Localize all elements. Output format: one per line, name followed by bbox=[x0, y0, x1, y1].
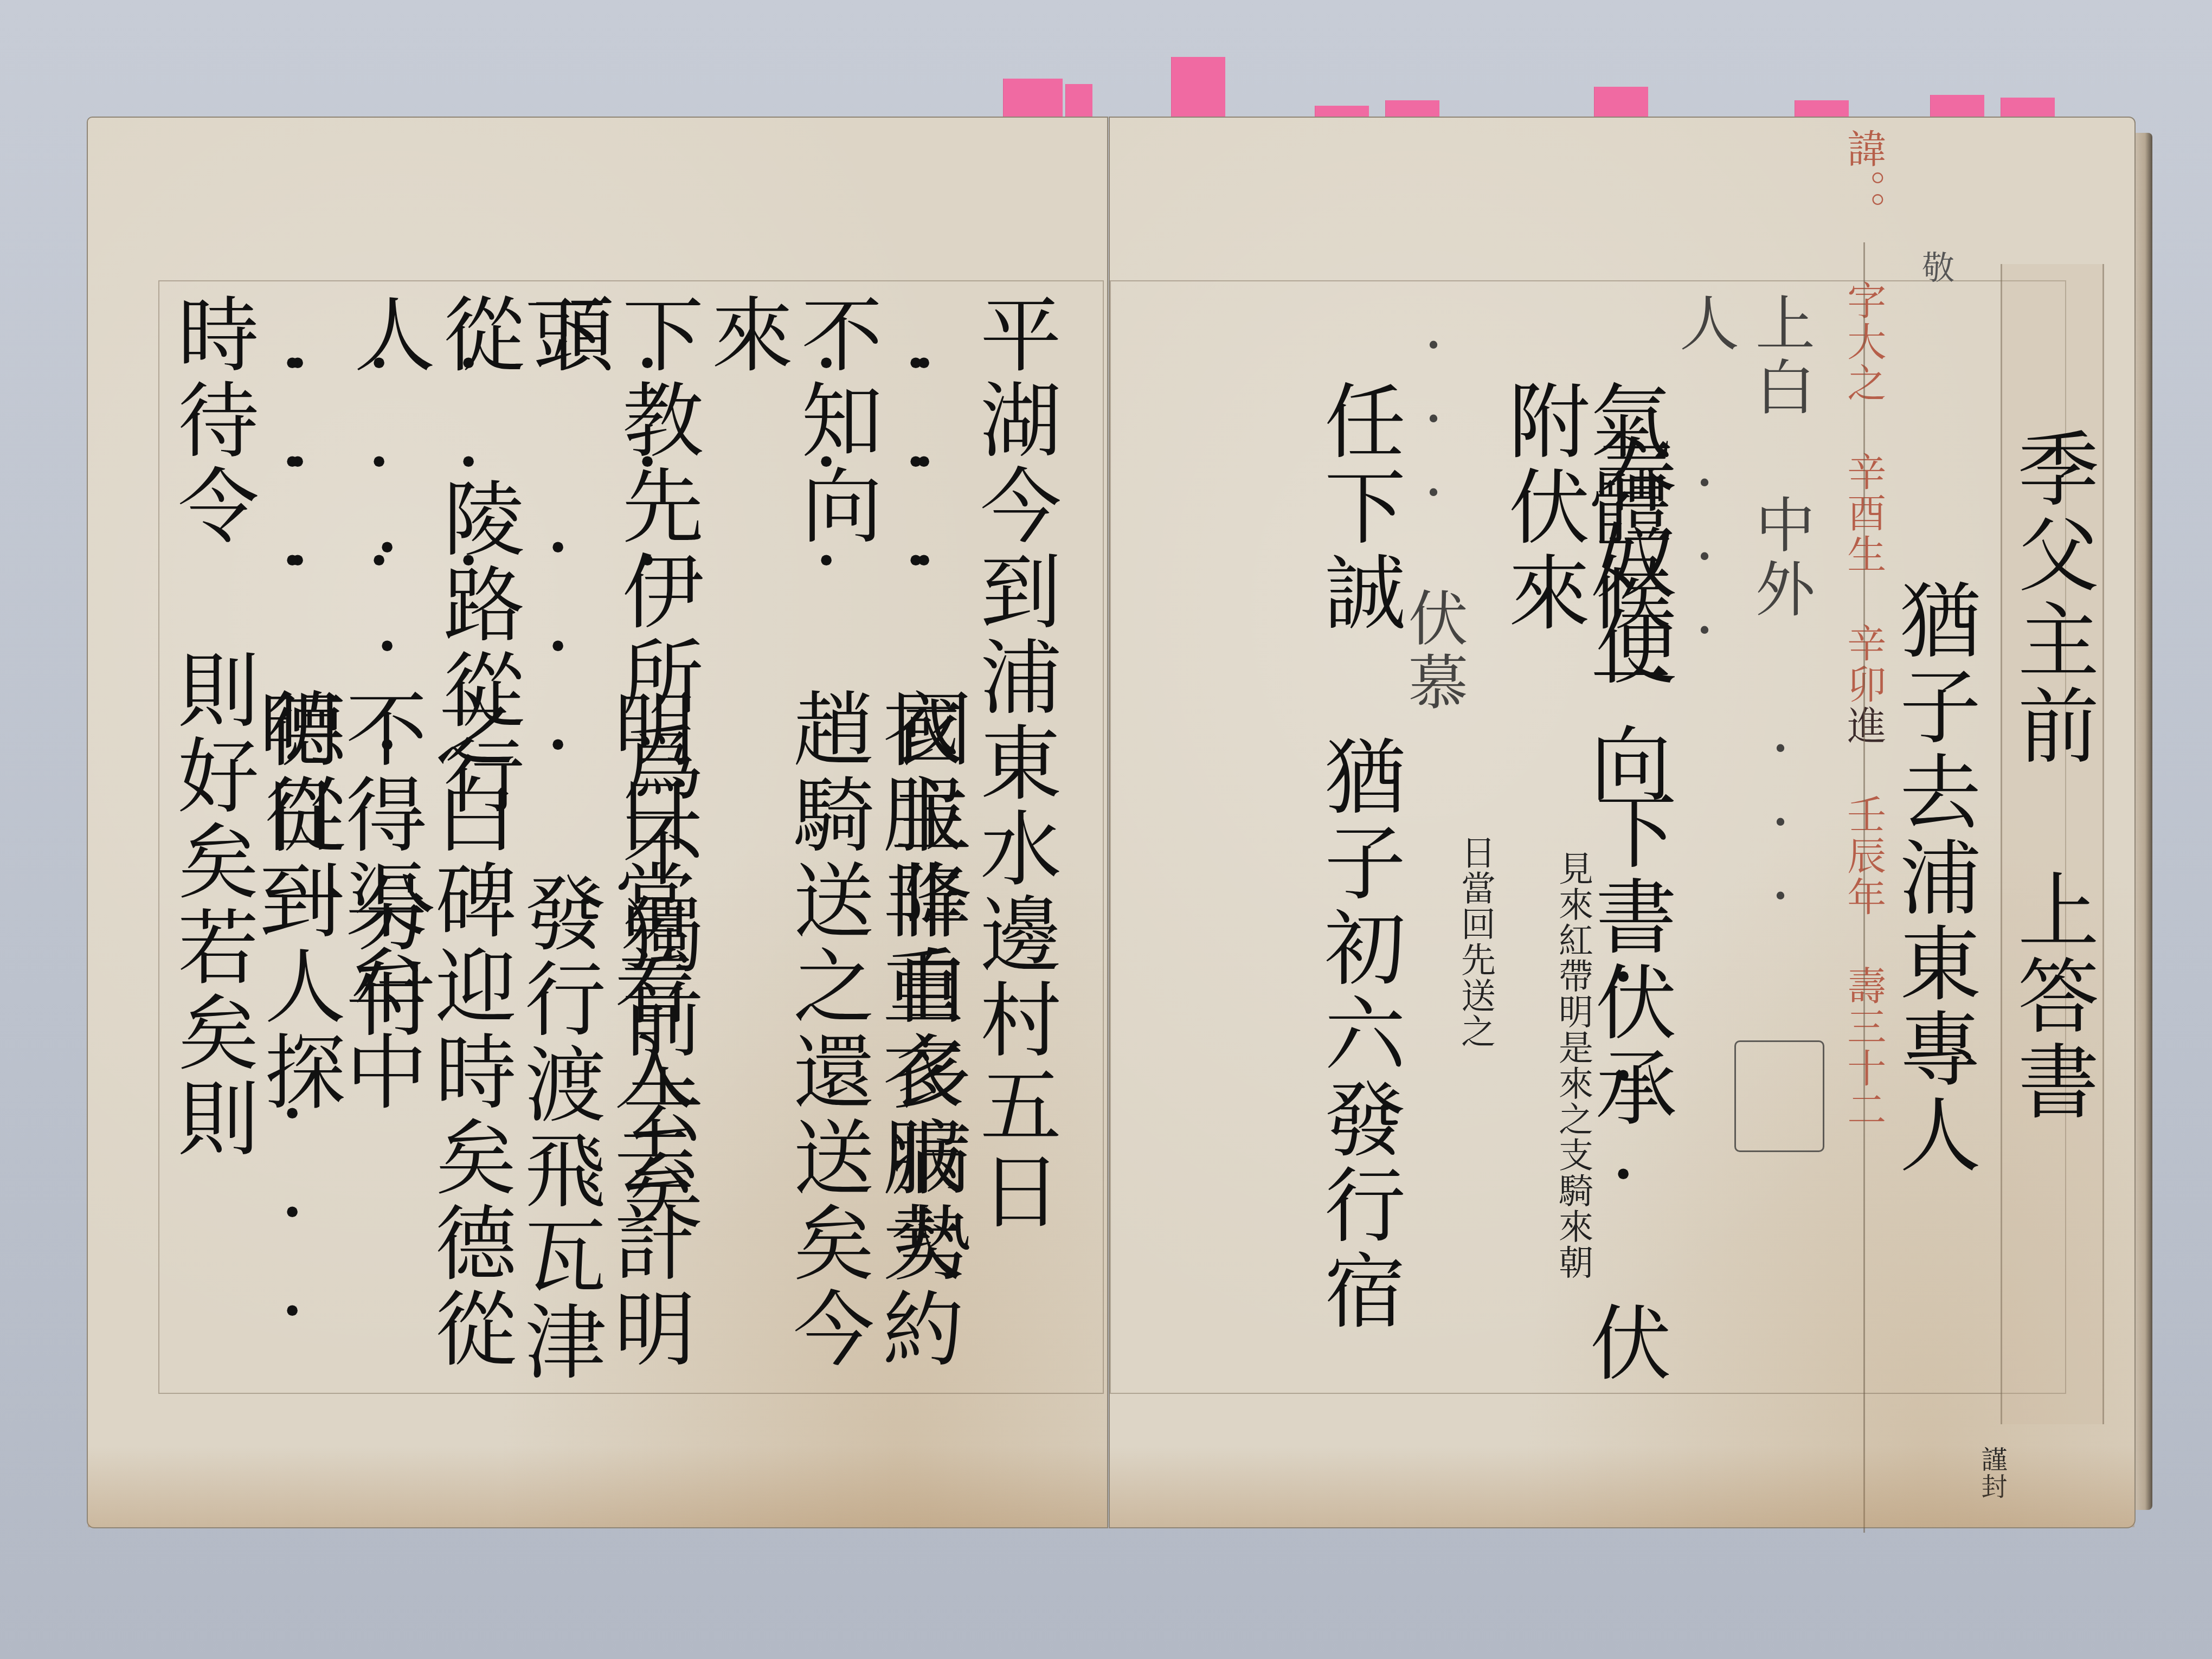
album-page-stack bbox=[2134, 133, 2152, 1510]
right-page: 上白 中外 ... 人 ... 春奴便 下書伏承 氣體候一向 ... 伏附伏來 … bbox=[1109, 117, 2136, 1528]
index-tab-8 bbox=[1930, 95, 1984, 117]
water-stain bbox=[88, 1446, 1107, 1527]
signature-seal-mark bbox=[1734, 1040, 1824, 1152]
index-tab-9 bbox=[2001, 98, 2055, 117]
right-col-2: 人 ... bbox=[1675, 292, 1734, 651]
envelope-top-mark: 敬 bbox=[1919, 250, 1952, 284]
envelope-address-strip: 季父主前 上答書 bbox=[2001, 264, 2104, 1424]
letter-album: 平湖今到浦東水邊村五日 ... 國主降自多病勢 ... 衣服非重衣服大約不知向 … bbox=[87, 117, 2136, 1529]
right-small-note-2: 日當回先送之 bbox=[1458, 834, 1493, 1049]
right-col-6: 任下誠 猶子初六發行宿 bbox=[1317, 379, 1398, 1334]
index-tab-6 bbox=[1594, 87, 1648, 117]
index-tab-5 bbox=[1385, 100, 1439, 117]
index-tab-3 bbox=[1171, 57, 1225, 117]
envelope-address: 季父主前 上答書 bbox=[2010, 427, 2092, 1125]
envelope-sender: 猶子去浦東專人 bbox=[1892, 578, 1973, 1178]
index-tab-7 bbox=[1795, 100, 1849, 117]
index-tab-2 bbox=[1065, 84, 1092, 117]
left-page-text-frame: 平湖今到浦東水邊村五日 ... 國主降自多病勢 ... 衣服非重衣服大約不知向 … bbox=[158, 280, 1104, 1394]
left-col-1: 平湖今到浦東水邊村五日 bbox=[973, 292, 1054, 1234]
right-small-note-1: 見來紅帶明是來之支騎來朝 bbox=[1555, 851, 1590, 1280]
index-tab-1 bbox=[1003, 79, 1063, 117]
right-col-1: 上白 中外 ... bbox=[1751, 292, 1810, 917]
index-tab-4 bbox=[1315, 106, 1369, 117]
left-col-4: ... 趙騎送之還送矣今來 bbox=[704, 292, 867, 1393]
left-col-10: ... 明日到 ... 時待令 則好矣若矣則 bbox=[170, 292, 333, 1393]
red-note-1: 諱。。 bbox=[1841, 128, 1886, 233]
right-col-5: ... 伏慕 bbox=[1404, 292, 1463, 715]
envelope-panel: 敬 季父主前 上答書 猶子去浦東專人 謹封 bbox=[1863, 242, 2104, 1533]
water-stain bbox=[1110, 1446, 2134, 1527]
left-page: 平湖今到浦東水邊村五日 ... 國主降自多病勢 ... 衣服非重衣服大約不知向 … bbox=[87, 117, 1108, 1528]
